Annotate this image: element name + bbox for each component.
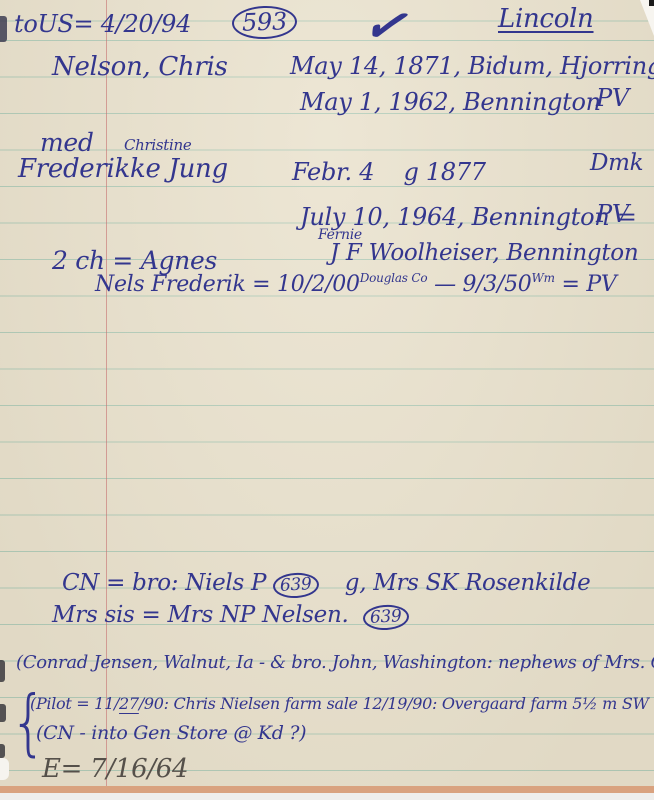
spouse-name: Frederikke Jung	[18, 154, 228, 184]
child2-death-date: — 9/3/50	[434, 272, 531, 297]
county-label: Lincoln	[498, 4, 594, 34]
entry-date-pencil: E= 7/16/64	[42, 754, 188, 784]
pilot-note-day: 27	[119, 694, 139, 713]
edge-smudge	[0, 704, 6, 722]
checkmark-icon: ✓	[356, 0, 422, 57]
crossref-brother-text: CN = bro: Niels P	[62, 570, 266, 596]
spouse-birth-place: Dmk	[590, 150, 643, 176]
pilot-note: (Pilot = 11/27/90: Chris Nielsen farm sa…	[30, 694, 654, 713]
child2-code: = PV	[562, 272, 617, 297]
person-name: Nelson, Chris	[52, 52, 228, 82]
us-arrival-note: toUS= 4/20/94	[14, 10, 191, 38]
son-in-law-line: J F Woolheiser, Bennington	[330, 240, 638, 266]
edge-ink-mark	[0, 16, 7, 42]
edge-notch	[0, 758, 9, 780]
med-label: med	[40, 128, 94, 157]
crossref-brother-line: CN = bro: Niels P 639g, Mrs SK Rosenkild…	[62, 570, 590, 598]
crossref-sister-page: 639	[362, 604, 409, 631]
child2-name-birth: Nels Frederik = 10/2/00	[95, 272, 360, 297]
page-number-circled: 593	[232, 6, 297, 39]
crossref-brother-suffix: g, Mrs SK Rosenkilde	[345, 570, 591, 596]
edge-smudge	[0, 660, 5, 682]
child2-death-sup: Wm	[531, 271, 554, 285]
nephews-note: (Conrad Jensen, Walnut, Ia - & bro. John…	[16, 652, 654, 673]
death-code: PV	[596, 84, 629, 112]
child2-birth-place-sup: Douglas Co	[360, 271, 428, 285]
spouse-birth-line: Febr. 4 g 1877	[292, 158, 486, 186]
child2-line: Nels Frederik = 10/2/00Douglas Co — 9/3/…	[95, 272, 654, 297]
notebook-page: toUS= 4/20/94 593 ✓ Lincoln Nelson, Chri…	[0, 0, 654, 786]
page-number: 593	[231, 5, 297, 40]
pilot-note-p1: (Pilot = 11/	[30, 694, 119, 713]
birth-line: May 14, 1871, Bidum, Hjorring	[290, 52, 654, 80]
corner-mark	[649, 0, 654, 6]
death-line: May 1, 1962, Bennington	[300, 88, 601, 116]
spouse-inserted-name: Christine	[124, 136, 191, 154]
children-line: 2 ch = Agnes	[52, 246, 217, 275]
crossref-sister-line: Mrs sis = Mrs NP Nelsen.639	[52, 602, 408, 630]
edge-smudge	[0, 744, 5, 758]
pilot-note-p3: /90: Chris Nielsen farm sale 12/19/90: O…	[139, 694, 654, 713]
scanner-background	[0, 793, 654, 800]
store-note: (CN - into Gen Store @ Kd ?)	[36, 722, 306, 744]
crossref-brother-page: 639	[273, 572, 320, 599]
spouse-death-code: PV	[596, 200, 629, 228]
page-bottom-edge	[0, 786, 654, 793]
crossref-sister-text: Mrs sis = Mrs NP Nelsen.	[52, 602, 349, 628]
